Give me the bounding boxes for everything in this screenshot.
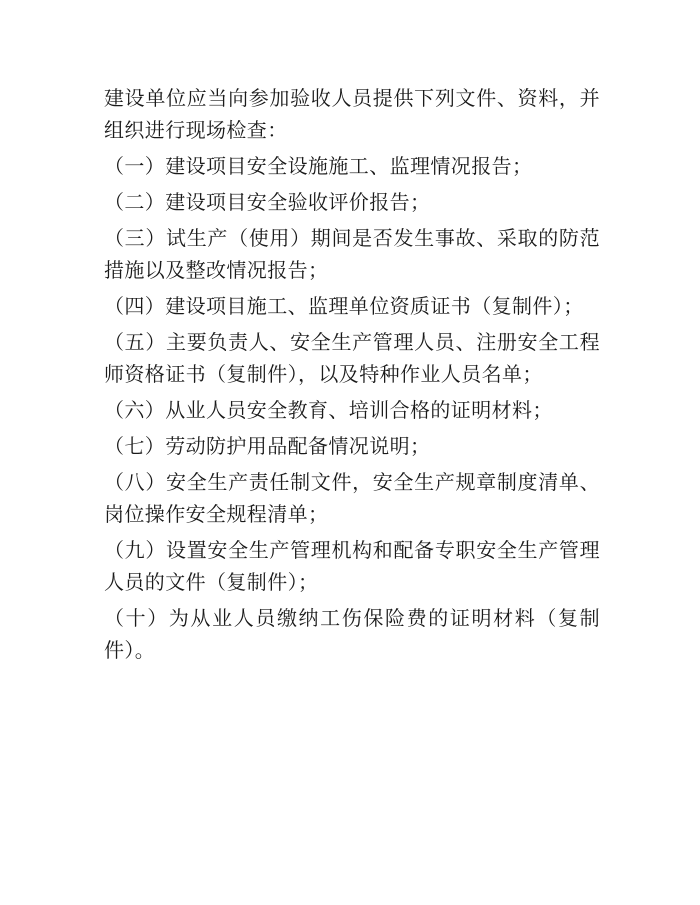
list-item-4: （四）建设项目施工、监理单位资质证书（复制件）； (104, 290, 600, 322)
document-page: 建设单位应当向参加验收人员提供下列文件、资料，并组织进行现场检查： （一）建设项… (104, 82, 600, 670)
list-item-7: （七）劳动防护用品配备情况说明； (104, 430, 600, 462)
list-item-2: （二）建设项目安全验收评价报告； (104, 186, 600, 218)
list-item-10: （十）为从业人员缴纳工伤保险费的证明材料（复制件）。 (104, 602, 600, 666)
list-item-8: （八）安全生产责任制文件，安全生产规章制度清单、岗位操作安全规程清单； (104, 466, 600, 530)
intro-paragraph: 建设单位应当向参加验收人员提供下列文件、资料，并组织进行现场检查： (104, 82, 600, 146)
list-item-6: （六）从业人员安全教育、培训合格的证明材料； (104, 394, 600, 426)
list-item-5: （五）主要负责人、安全生产管理人员、注册安全工程师资格证书（复制件），以及特种作… (104, 326, 600, 390)
list-item-1: （一）建设项目安全设施施工、监理情况报告； (104, 150, 600, 182)
list-item-9: （九）设置安全生产管理机构和配备专职安全生产管理人员的文件（复制件）； (104, 534, 600, 598)
list-item-3: （三）试生产（使用）期间是否发生事故、采取的防范措施以及整改情况报告； (104, 222, 600, 286)
